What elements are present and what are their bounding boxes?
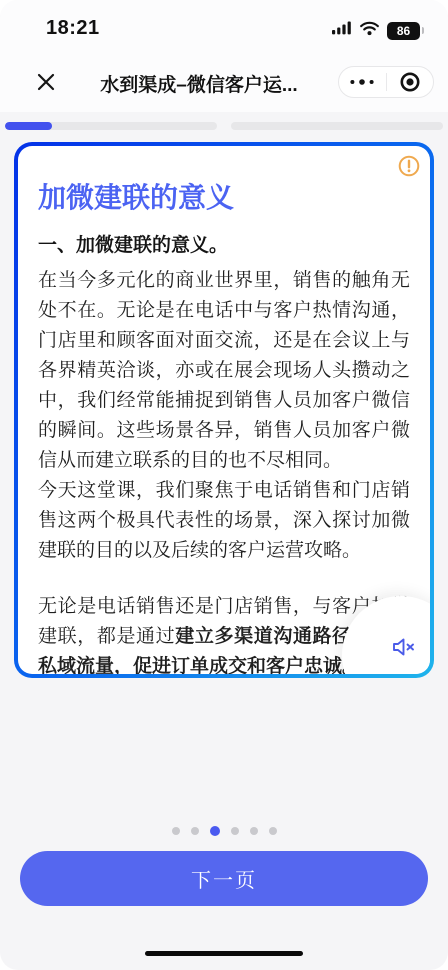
pagination-dot[interactable]: [172, 827, 180, 835]
progress-segment-1: [5, 122, 217, 130]
more-icon: [346, 76, 378, 88]
cellular-signal-icon: [332, 21, 352, 40]
next-page-button[interactable]: 下一页: [20, 851, 428, 906]
lesson-progress-bar: [5, 122, 443, 130]
status-icons: 86: [332, 20, 420, 41]
home-indicator[interactable]: [145, 951, 303, 956]
pagination-dots: [0, 826, 448, 836]
exit-button[interactable]: [387, 67, 434, 97]
pagination-dot[interactable]: [269, 827, 277, 835]
close-icon: [34, 70, 58, 94]
top-bar: 18:21 86: [0, 0, 448, 112]
lesson-card: 加微建联的意义 一、加微建联的意义。 在当今多元化的商业世界里，销售的触角无处不…: [14, 142, 434, 678]
miniprogram-capsule: [338, 66, 434, 98]
mute-button[interactable]: [391, 636, 417, 663]
warning-icon: [397, 154, 421, 178]
lesson-paragraph-2: 今天这堂课，我们聚焦于电话销售和门店销售这两个极具代表性的场景，深入探讨加微建联…: [38, 476, 410, 566]
progress-fill: [5, 122, 52, 130]
pagination-dot[interactable]: [250, 827, 258, 835]
wifi-icon: [359, 20, 380, 41]
mini-program-screen: 18:21 86: [0, 0, 448, 970]
speaker-muted-icon: [391, 636, 417, 658]
more-menu-button[interactable]: [339, 67, 386, 97]
lesson-content: 加微建联的意义 一、加微建联的意义。 在当今多元化的商业世界里，销售的触角无处不…: [18, 146, 430, 678]
page-title: 水到渠成–微信客户运...: [70, 70, 328, 97]
lesson-subtitle: 一、加微建联的意义。: [38, 232, 410, 260]
progress-segment-2: [231, 122, 443, 130]
target-icon: [398, 70, 422, 94]
pagination-dot[interactable]: [191, 827, 199, 835]
status-time: 18:21: [46, 17, 100, 40]
lesson-paragraph-1: 在当今多元化的商业世界里，销售的触角无处不在。无论是在电话中与客户热情沟通，门店…: [38, 266, 410, 476]
warning-button[interactable]: [397, 154, 421, 183]
battery-icon: 86: [387, 22, 420, 40]
close-button[interactable]: [32, 68, 60, 96]
pagination-dot-active[interactable]: [210, 826, 220, 836]
pagination-dot[interactable]: [231, 827, 239, 835]
battery-percent: 86: [397, 24, 410, 38]
lesson-title: 加微建联的意义: [38, 176, 410, 216]
battery-cap: [422, 27, 425, 34]
